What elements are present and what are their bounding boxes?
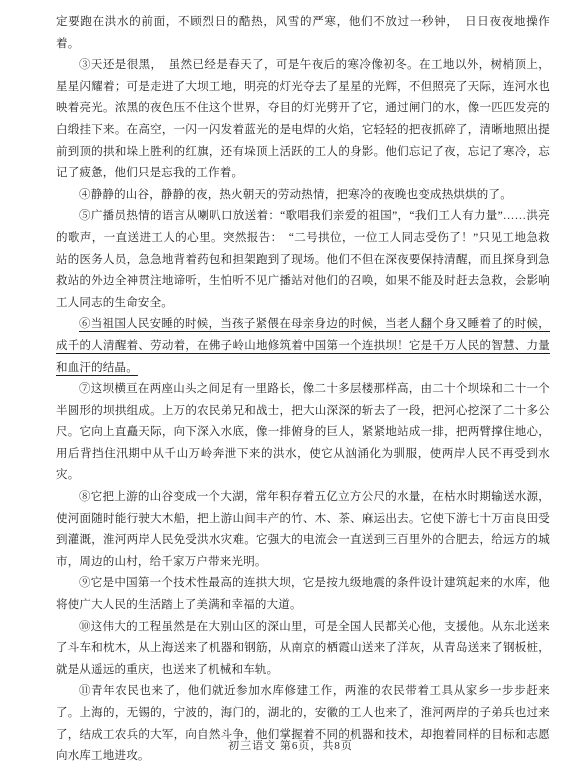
- paragraph-3: ③天还是很黑， 虽然已经是春天了，可是午夜后的寒冷像初冬。在工地以外，树梢顶上，…: [56, 55, 550, 185]
- paragraph-9: ⑨它是中国第一个技术性最高的连拱大坝，它是按九级地震的条件设计建筑起来的水库，他…: [56, 573, 550, 616]
- paragraph-4: ④静静的山谷，静静的夜，热火朝天的劳动热情，把寒冷的夜晚也变成热烘烘的了。: [56, 185, 550, 207]
- paragraph-7: ⑦这坝横亘在两座山头之间足有一里路长，像二十多层楼那样高，由二十个坝垛和二十一个…: [56, 379, 550, 487]
- document-page: 定要跑在洪水的前面，不顾烈日的酷热，风雪的严寒，他们不放过一秒钟， 日日夜夜地操…: [0, 0, 581, 775]
- page-footer: 初三语文 第6页，共8页: [0, 737, 581, 753]
- paragraph-continuation: 定要跑在洪水的前面，不顾烈日的酷热，风雪的严寒，他们不放过一秒钟， 日日夜夜地操…: [56, 12, 550, 55]
- text-body: 定要跑在洪水的前面，不顾烈日的酷热，风雪的严寒，他们不放过一秒钟， 日日夜夜地操…: [56, 12, 550, 768]
- footer-text: 初三语文 第6页，共8页: [228, 740, 353, 752]
- paragraph-8: ⑧它把上游的山谷变成一个大湖，常年积存着五亿立方公尺的水量，在枯水时期输送水源，…: [56, 487, 550, 573]
- paragraph-11: ⑪青年农民也来了，他们就近参加水库修建工作，两淮的农民带着工具从家乡一步步赶来了…: [56, 681, 550, 767]
- paragraph-5: ⑤广播员热情的语言从喇叭口放送着：“歌唱我们亲爱的祖国”，“我们工人有力量”………: [56, 206, 550, 314]
- paragraph-6-underlined: ⑥当祖国人民安睡的时候，当孩子紧偎在母亲身边的时候，当老人翻个身又睡着了的时候，…: [56, 314, 550, 379]
- paragraph-10: ⑩这伟大的工程虽然是在大别山区的深山里，可是全国人民都关心他，支援他。从东北送来…: [56, 617, 550, 682]
